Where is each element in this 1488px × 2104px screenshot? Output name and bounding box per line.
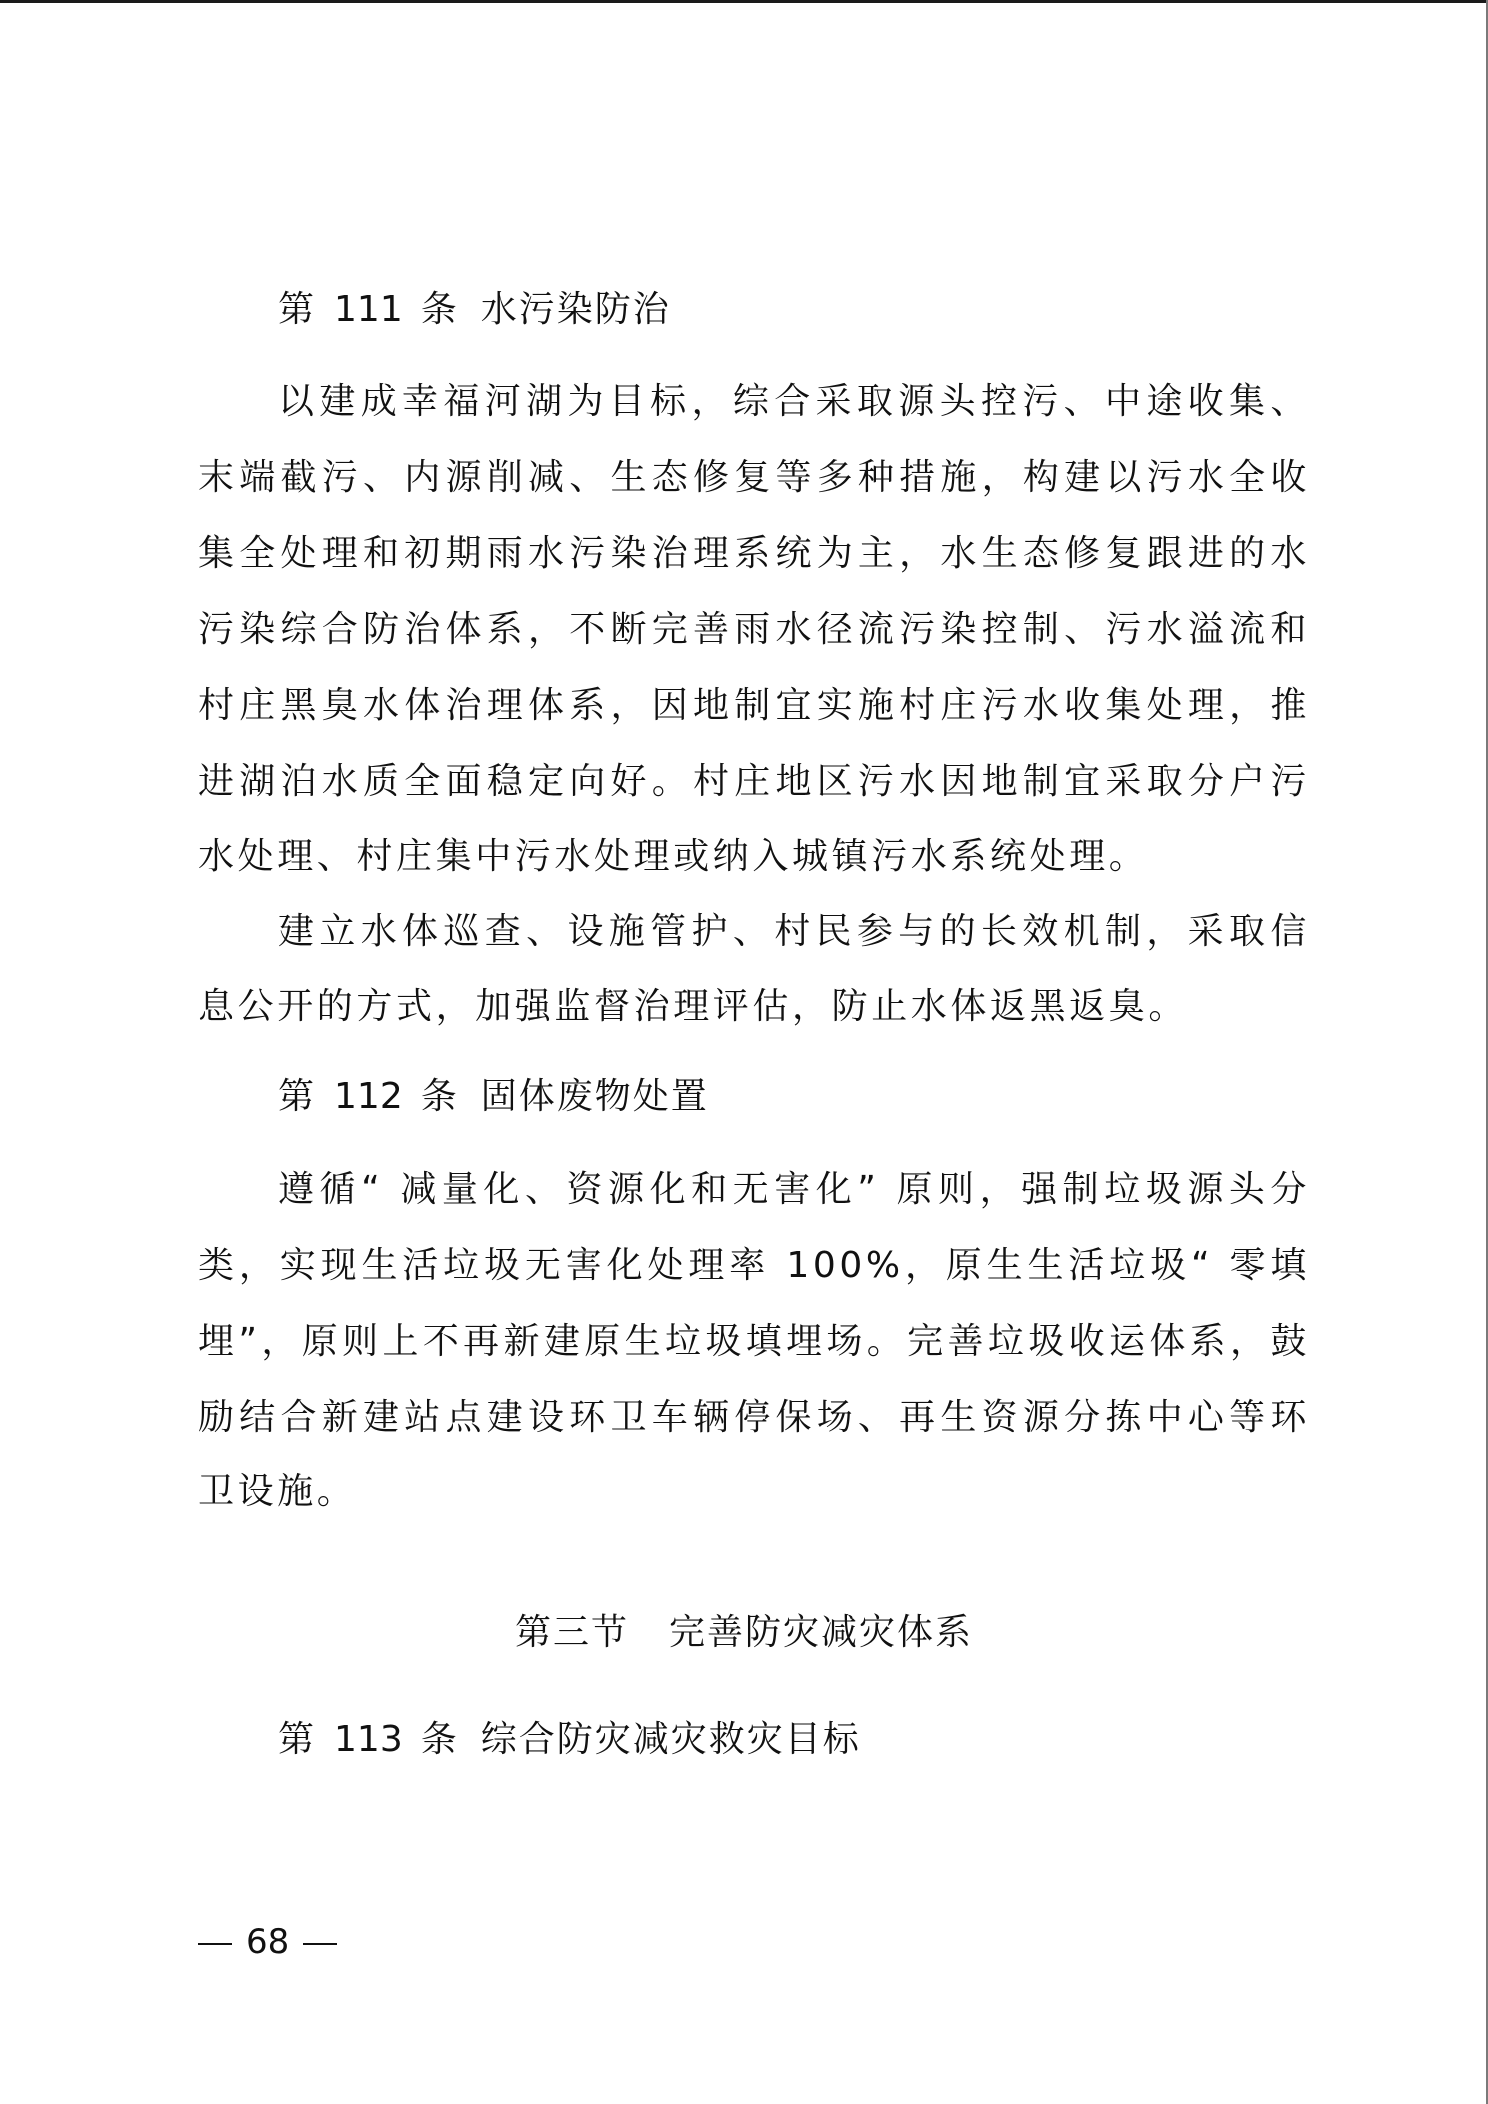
paragraph-line: 励结合新建站点建设环卫车辆停保场、再生资源分拣中心等环 [198,1380,1310,1456]
section-heading: 完善防灾减灾体系 [669,1612,973,1653]
page-number: 68 [198,1918,337,1966]
paragraph-line: 集全处理和初期雨水污染治理系统为主，水生态修复跟进的水 [198,516,1310,592]
article-113-heading: 第113条综合防灾减灾救灾目标 [278,1702,1390,1778]
paragraph-line: 类，实现生活垃圾无害化处理率 100%，原生生活垃圾“ 零填 [198,1228,1310,1304]
article-prefix: 第 [278,289,316,330]
section-title: 第三节完善防灾减灾体系 [0,1595,1488,1671]
paragraph-line: 建立水体巡查、设施管护、村民参与的长效机制，采取信 [278,894,1310,970]
paragraph-line: 卫设施。 [198,1454,1310,1530]
article-suffix: 条 [421,1076,459,1117]
article-111-heading: 第111条水污染防治 [278,272,1390,348]
article-title: 固体废物处置 [481,1076,709,1117]
dash-right [303,1943,337,1945]
page-top-border [0,0,1488,3]
paragraph-line: 村庄黑臭水体治理体系，因地制宜实施村庄污水收集处理，推 [198,668,1310,744]
article-title: 综合防灾减灾救灾目标 [481,1719,861,1760]
article-title: 水污染防治 [481,289,671,330]
paragraph-line: 以建成幸福河湖为目标，综合采取源头控污、中途收集、 [278,364,1310,440]
paragraph-line: 遵循“ 减量化、资源化和无害化” 原则，强制垃圾源头分 [278,1152,1310,1228]
article-number: 112 [334,1076,403,1117]
paragraph-line: 污染综合防治体系，不断完善雨水径流污染控制、污水溢流和 [198,592,1310,668]
paragraph-line: 进湖泊水质全面稳定向好。村庄地区污水因地制宜采取分户污 [198,744,1310,820]
dash-left [198,1943,232,1945]
paragraph-line: 埋”，原则上不再新建原生垃圾填埋场。完善垃圾收运体系，鼓 [198,1304,1310,1380]
article-number: 113 [334,1719,403,1760]
section-label: 第三节 [515,1612,629,1653]
article-prefix: 第 [278,1719,316,1760]
article-112-heading: 第112条固体废物处置 [278,1059,1390,1135]
paragraph-line: 水处理、村庄集中污水处理或纳入城镇污水系统处理。 [198,819,1310,895]
page-number-value: 68 [246,1922,289,1962]
article-number: 111 [334,289,403,330]
article-suffix: 条 [421,289,459,330]
article-prefix: 第 [278,1076,316,1117]
paragraph-line: 息公开的方式，加强监督治理评估，防止水体返黑返臭。 [198,969,1310,1045]
article-suffix: 条 [421,1719,459,1760]
paragraph-line: 末端截污、内源削减、生态修复等多种措施，构建以污水全收 [198,440,1310,516]
